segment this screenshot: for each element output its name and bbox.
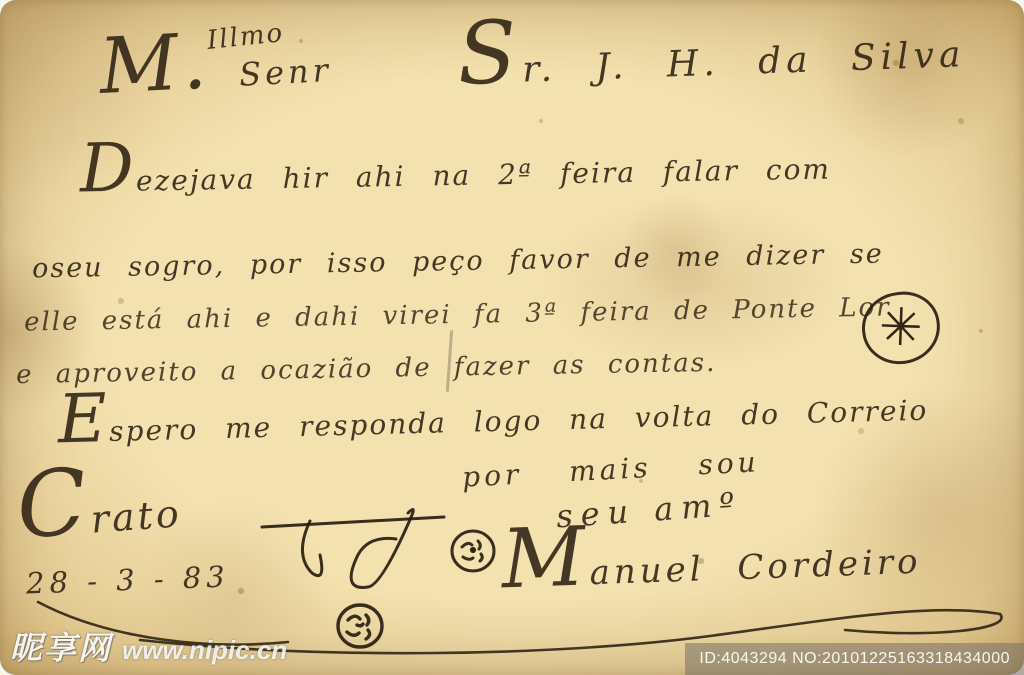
postcard-paper: Illmo M. Senr Sr. J. H. da Silva Dezejav… (0, 0, 1024, 675)
image-id-watermark: ID:4043294 NO:20101225163318434000 (685, 643, 1024, 675)
paper-stain-specks (0, 0, 2, 2)
scribble-circle-doodle (448, 527, 498, 575)
salutation: M. Senr (99, 54, 332, 98)
body-line-4: e aproveito a ocazião de fazer as contas… (16, 350, 717, 388)
place-line: Crato (17, 494, 183, 543)
star-doodle-icon: ✳ (878, 301, 923, 354)
closing-line-1: por mais sou (461, 448, 760, 492)
body-line-5: Espero me responda logo na volta do Corr… (58, 397, 929, 448)
site-name-watermark: 昵享网 (10, 623, 112, 669)
addressee-line: Sr. J. H. da Silva (458, 37, 967, 91)
salutation-abbrev: Illmo (206, 20, 286, 54)
body-line-2: oseu sogro, por isso peço favor de me di… (32, 241, 884, 283)
site-watermark: 昵享网 www.nipic.cn (10, 623, 287, 669)
signature: Manuel Cordeiro (502, 545, 923, 594)
scanned-postcard-image: Illmo M. Senr Sr. J. H. da Silva Dezejav… (0, 0, 1024, 675)
body-line-1: Dezejava hir ahi na 2ª feira falar com (80, 155, 831, 196)
body-line-3: elle está ahi e dahi virei fa 3ª feira d… (24, 294, 891, 335)
site-url-watermark: www.nipic.cn (122, 635, 287, 666)
scribble-circle-icon (448, 527, 498, 575)
